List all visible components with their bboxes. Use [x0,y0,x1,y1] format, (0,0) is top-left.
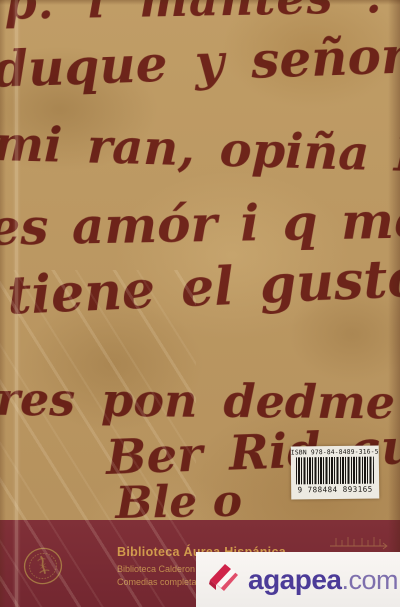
barcode-digits: 9 788484 893165 [298,485,373,495]
edition-title: Comedias completa [117,577,197,587]
band-emblem-icon [328,531,390,553]
book-icon [204,560,244,600]
barcode-icon [296,457,374,485]
agapea-wordmark: agapea .com [248,564,398,596]
agapea-brand-text: agapea [248,564,342,596]
collection-title: Biblioteca Calderon [117,564,195,574]
isbn-number: ISBN 978-84-8489-316-5 [291,449,379,457]
agapea-logo[interactable]: agapea .com [196,552,400,607]
manuscript-line: es amór i q me el as [0,188,400,257]
book-back-cover: p. i mantes : nuy duque y señor . y mi r… [0,0,400,607]
isbn-barcode-label: ISBN 978-84-8489-316-5 9 788484 893165 [291,446,380,500]
agapea-domain-text: .com [342,565,399,596]
